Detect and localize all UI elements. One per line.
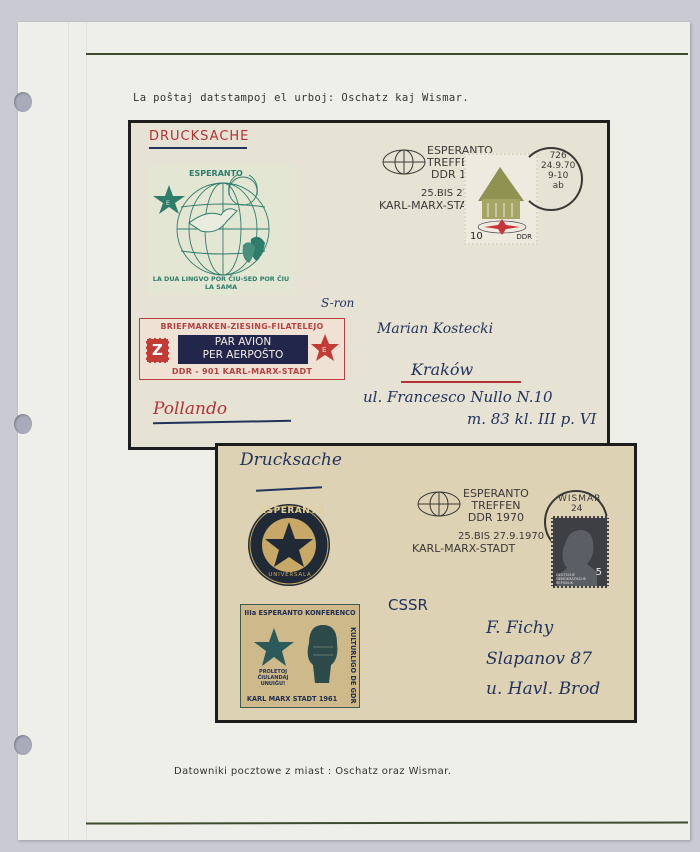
recipient-city: u. Havl. Brod [486, 679, 600, 699]
stamp-country: DDR [516, 233, 532, 241]
destination-country: Pollando [153, 399, 227, 419]
marx-monument-icon [301, 623, 343, 685]
underline [401, 381, 521, 383]
conference-header: IIIa ESPERANTO KONFERENCO [241, 609, 359, 617]
stamp-value: 5 [596, 567, 602, 578]
caption-bottom: Datowniki pocztowe z miast : Oschatz ora… [174, 766, 451, 777]
cachet-title: ESPERANTO [189, 169, 243, 178]
esperanto-star-icon: E [310, 333, 340, 363]
z-stamp-icon: Z [146, 338, 169, 363]
cachet-motto: LA DUA LINGVO POR ĈIU-SED POR ĈIU LA SAM… [151, 275, 291, 291]
globe-cancel-icon [416, 490, 462, 518]
svg-text:E: E [166, 200, 170, 207]
binder-hole [14, 735, 32, 755]
esperanto-cachet: E ESPERANTO LA DUA LINGVO POR ĈIU-SED PO… [147, 165, 295, 295]
recipient-city: Kraków [411, 360, 473, 379]
underline [153, 420, 291, 424]
airmail-label: BRIEFMARKEN-ZIESING-FILATELEJO Z PAR AVI… [139, 318, 345, 380]
binder-hole [14, 92, 32, 112]
caption-top: La poŝtaj datstampoj el urboj: Oschatz k… [133, 92, 469, 104]
cancel-city: KARL-MARX-STADT [412, 543, 515, 555]
per-aerposto-text: PER AERPOŜTO [178, 349, 308, 362]
recipient-name: Marian Kostecki [377, 321, 493, 337]
airmail-label-bottom: DDR - 901 KARL-MARX-STADT [140, 367, 344, 376]
postmark-suffix: ab [541, 181, 575, 191]
underline [256, 486, 322, 491]
postmark-text: 726 24.9.70 9-10 ab [541, 151, 575, 191]
top-rule [86, 53, 688, 55]
recipient-apartment: m. 83 kl. III p. VI [467, 410, 596, 428]
destination-country: CSSR [388, 596, 428, 614]
stamp-country: DEUTSCHE DEMOKRATISCHE REPUBLIK [556, 573, 592, 585]
airmail-label-top: BRIEFMARKEN-ZIESING-FILATELEJO [140, 322, 344, 331]
recipient-prefix: S-ron [321, 296, 354, 310]
postmark-code: 24 [571, 504, 582, 514]
page-fold [68, 22, 69, 840]
conference-label: IIIa ESPERANTO KONFERENCO PROLETOJ ĈIULA… [240, 604, 360, 708]
underline [149, 147, 247, 149]
drucksache-marking: Drucksache [240, 450, 342, 470]
envelope-oschatz: DRUCKSACHE E ESPERANTO LA DUA LINGVO POR… [128, 120, 610, 450]
machine-cancel: ESPERANTO TREFFEN DDR 1970 [463, 488, 529, 524]
par-avion-text: PAR AVION [178, 336, 308, 349]
recipient-name: F. Fichy [486, 618, 553, 638]
postmark-time: 9-10 [541, 171, 575, 181]
postage-stamp-5: 5 DEUTSCHE DEMOKRATISCHE REPUBLIK [551, 516, 609, 588]
envelope-wismar: Drucksache ESPERANTO UNIVERSALA IIIa ESP… [215, 443, 637, 723]
par-avion-banner: PAR AVION PER AERPOŜTO [178, 335, 308, 364]
stamp-value: 10 [470, 231, 483, 242]
seal-top-text: ESPERANTO [260, 506, 320, 516]
postmark-code: 726 [541, 151, 575, 161]
postmark-date: 24.9.70 [541, 161, 575, 171]
conference-footer: KARL MARX STADT 1961 [241, 695, 343, 703]
page-fold [86, 22, 87, 840]
postmark-city: WISMAR [558, 494, 601, 504]
drucksache-marking: DRUCKSACHE [149, 129, 249, 144]
seal-bottom-text: UNIVERSALA [260, 572, 320, 578]
recipient-street: ul. Francesco Nullo N.10 [363, 388, 553, 406]
recipient-street: Slapanov 87 [486, 649, 592, 669]
conference-side-text: KULTURLIGO DE GDR [349, 627, 357, 704]
globe-cancel-icon [381, 148, 427, 176]
binder-hole [14, 414, 32, 434]
green-star-icon [253, 627, 295, 667]
svg-text:E: E [322, 346, 326, 354]
conference-motto: PROLETOJ ĈIULANDAJ UNUIĜU! [251, 669, 295, 687]
cancel-line: DDR 1970 [463, 512, 529, 524]
